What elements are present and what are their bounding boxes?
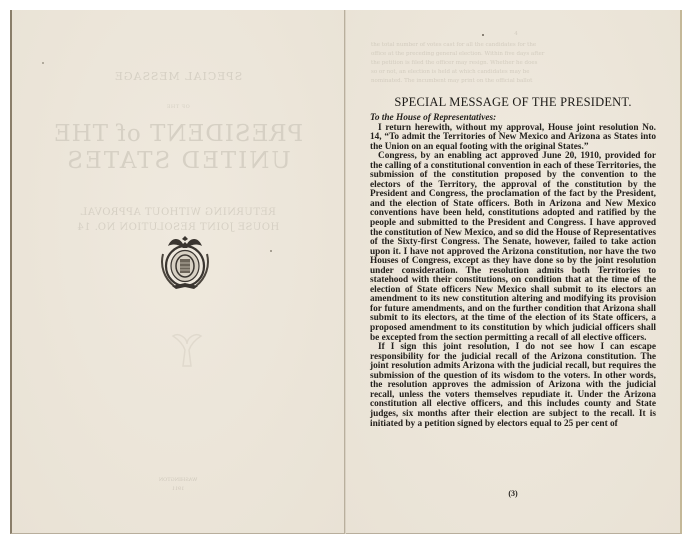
paper-speck (482, 34, 484, 36)
show-through-line: nominated. The incumbent may print on th… (371, 77, 661, 86)
show-through-line: office at the preceding general election… (371, 50, 661, 59)
show-through-line: the total number of votes cast for all t… (371, 41, 661, 50)
faint-emblem-show-through (169, 330, 205, 370)
gutter-line (344, 10, 345, 534)
reverse-page-show-through: 4 the total number of votes cast for all… (371, 30, 661, 86)
document-spread: SPECIAL MESSAGE OF THE PRESIDENT of THE … (0, 0, 690, 546)
right-page: 4 the total number of votes cast for all… (346, 10, 682, 534)
paper-speck (270, 250, 272, 252)
show-through-special-message: SPECIAL MESSAGE (12, 70, 344, 83)
paragraph-1: I return herewith, without my approval, … (370, 124, 656, 153)
left-page: SPECIAL MESSAGE OF THE PRESIDENT of THE … (10, 10, 344, 534)
show-through-imprint-year: 1911 (12, 486, 344, 492)
show-through-president: PRESIDENT of THE (12, 123, 344, 146)
show-through-page-number: 4 (371, 30, 661, 39)
show-through-of-the: OF THE (12, 104, 344, 110)
message-body: To the House of Representatives: I retur… (370, 114, 656, 429)
page-title: SPECIAL MESSAGE OF THE PRESIDENT. (346, 95, 680, 110)
show-through-united-states: UNITED STATES (12, 150, 344, 173)
paragraph-2: Congress, by an enabling act approved Ju… (370, 152, 656, 343)
paper-speck (42, 62, 44, 64)
show-through-imprint-city: WASHINGTON (12, 477, 344, 483)
eagle-seal-icon (158, 232, 212, 292)
page-number: (3) (346, 489, 680, 498)
paragraph-3: If I sign this joint resolution, I do no… (370, 343, 656, 429)
show-through-line: so or not, an election is held at which … (371, 68, 661, 77)
show-through-line: the petition is filed the officer may re… (371, 59, 661, 68)
show-through-returning: RETURNING WITHOUT APPROVAL (12, 207, 344, 218)
